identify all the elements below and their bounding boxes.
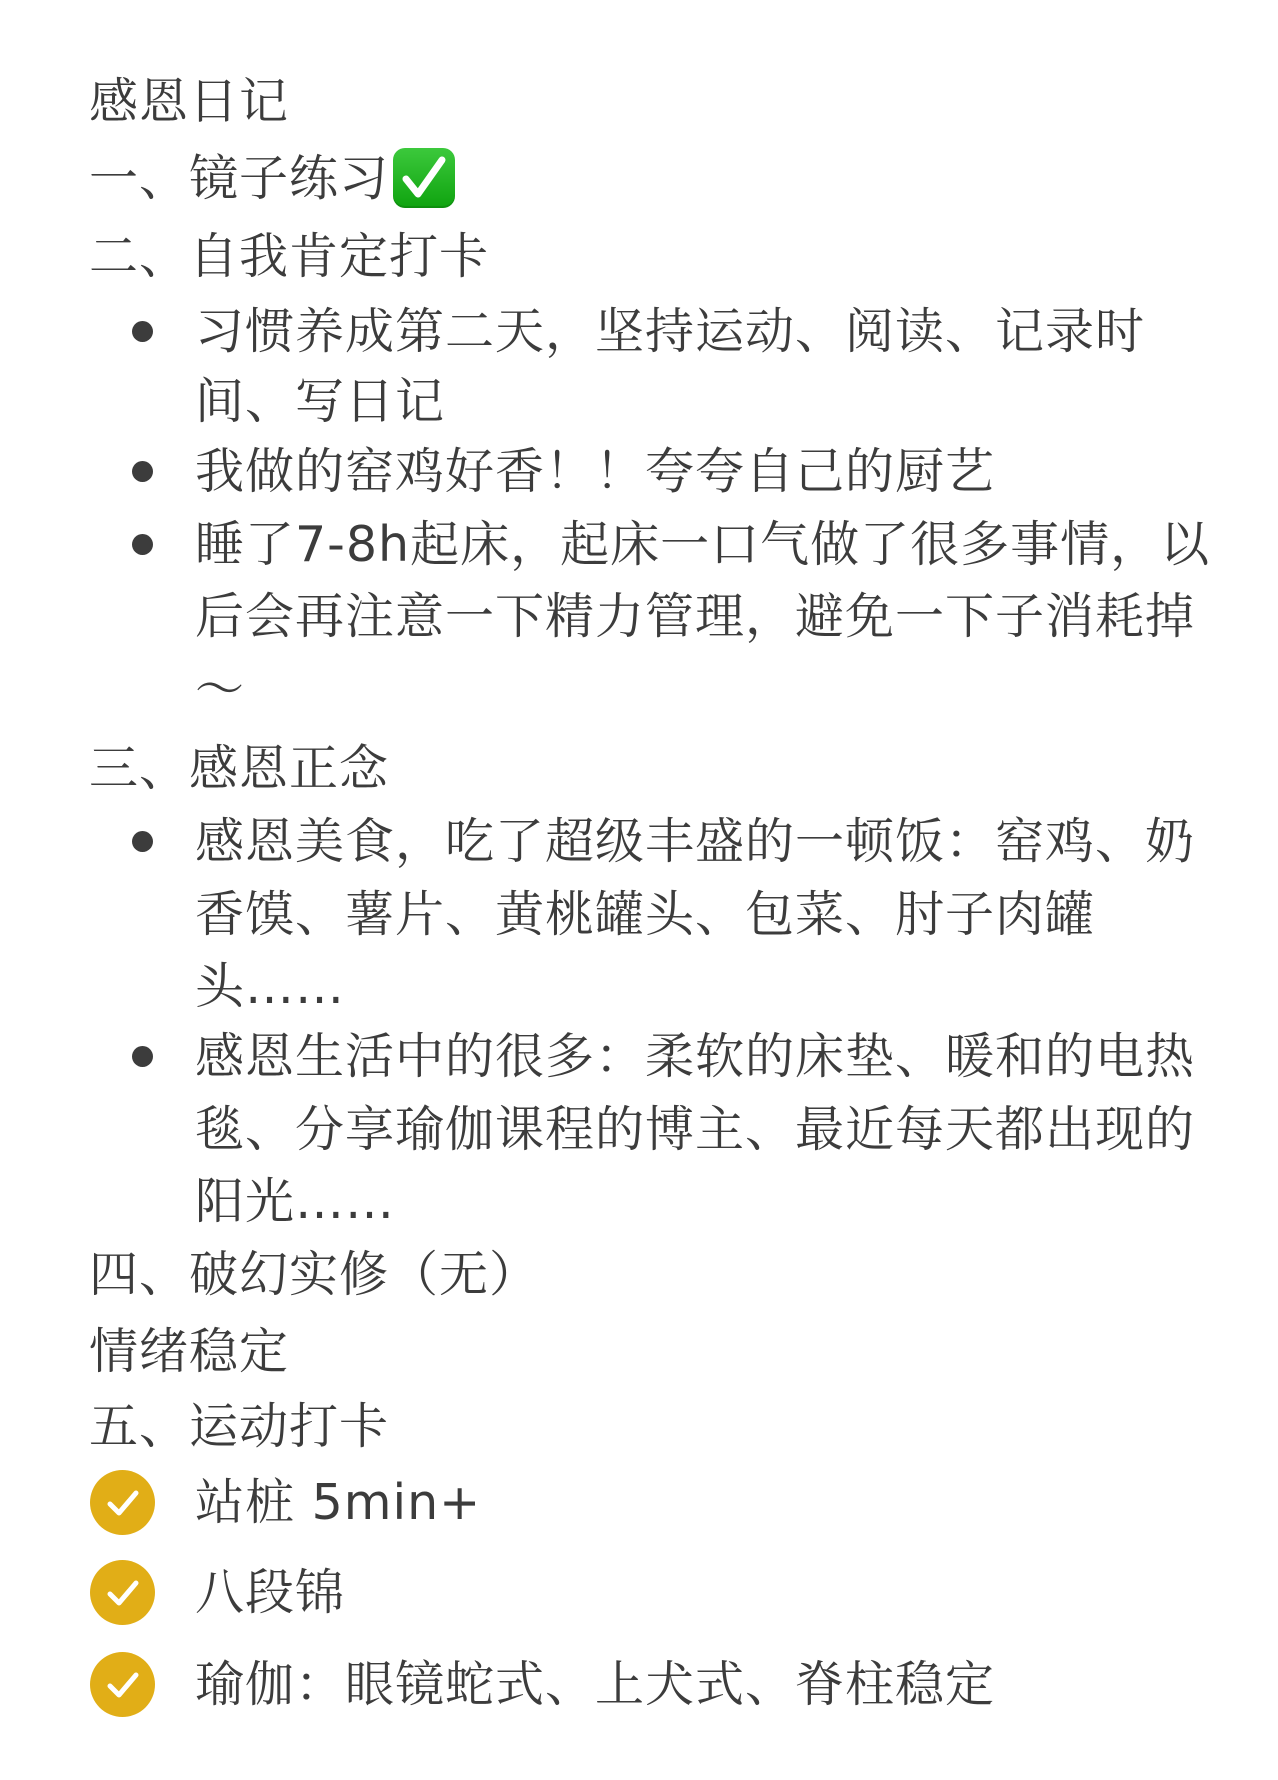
list-item-line: ～ (195, 660, 245, 720)
list-item-line: 毯、分享瑜伽课程的博主、最近每天都出现的 (195, 1100, 1195, 1160)
check-circle-icon[interactable] (90, 1470, 155, 1535)
checklist-item-label: 站桩 5min+ (195, 1473, 481, 1533)
check-circle-icon[interactable] (90, 1560, 155, 1625)
section4-body: 情绪稳定 (89, 1322, 289, 1382)
section1-heading-text: 一、镜子练习 (89, 150, 389, 207)
bullet-icon (132, 461, 153, 482)
list-item-line: 间、写日记 (195, 372, 445, 432)
list-item-line: 感恩生活中的很多：柔软的床垫、暖和的电热 (195, 1027, 1195, 1087)
bullet-icon (132, 831, 153, 852)
section4-heading: 四、破幻实修（无） (89, 1245, 539, 1305)
section2-heading: 二、自我肯定打卡 (89, 227, 489, 287)
section5-heading: 五、运动打卡 (89, 1397, 389, 1457)
list-item-line: 阳光…… (195, 1172, 395, 1232)
list-item-line: 香馍、薯片、黄桃罐头、包菜、肘子肉罐 (195, 885, 1095, 945)
bullet-icon (132, 1046, 153, 1067)
green-check-icon (393, 148, 455, 208)
bullet-icon (132, 321, 153, 342)
checklist-item-label: 瑜伽：眼镜蛇式、上犬式、脊柱稳定 (195, 1655, 995, 1715)
note-title: 感恩日记 (89, 72, 289, 132)
bullet-icon (132, 534, 153, 555)
list-item-line: 习惯养成第二天，坚持运动、阅读、记录时 (195, 302, 1145, 362)
list-item-line: 头…… (195, 957, 345, 1017)
section1-heading: 一、镜子练习 (89, 149, 455, 209)
list-item-line: 后会再注意一下精力管理，避免一下子消耗掉 (195, 587, 1195, 647)
section3-heading: 三、感恩正念 (89, 739, 389, 799)
list-item-line: 睡了7-8h起床，起床一口气做了很多事情，以 (195, 515, 1210, 575)
check-circle-icon[interactable] (90, 1652, 155, 1717)
list-item-line: 我做的窑鸡好香！！夸夸自己的厨艺 (195, 442, 995, 502)
list-item-line: 感恩美食，吃了超级丰盛的一顿饭：窑鸡、奶 (195, 812, 1195, 872)
checklist-item-label: 八段锦 (195, 1563, 345, 1623)
